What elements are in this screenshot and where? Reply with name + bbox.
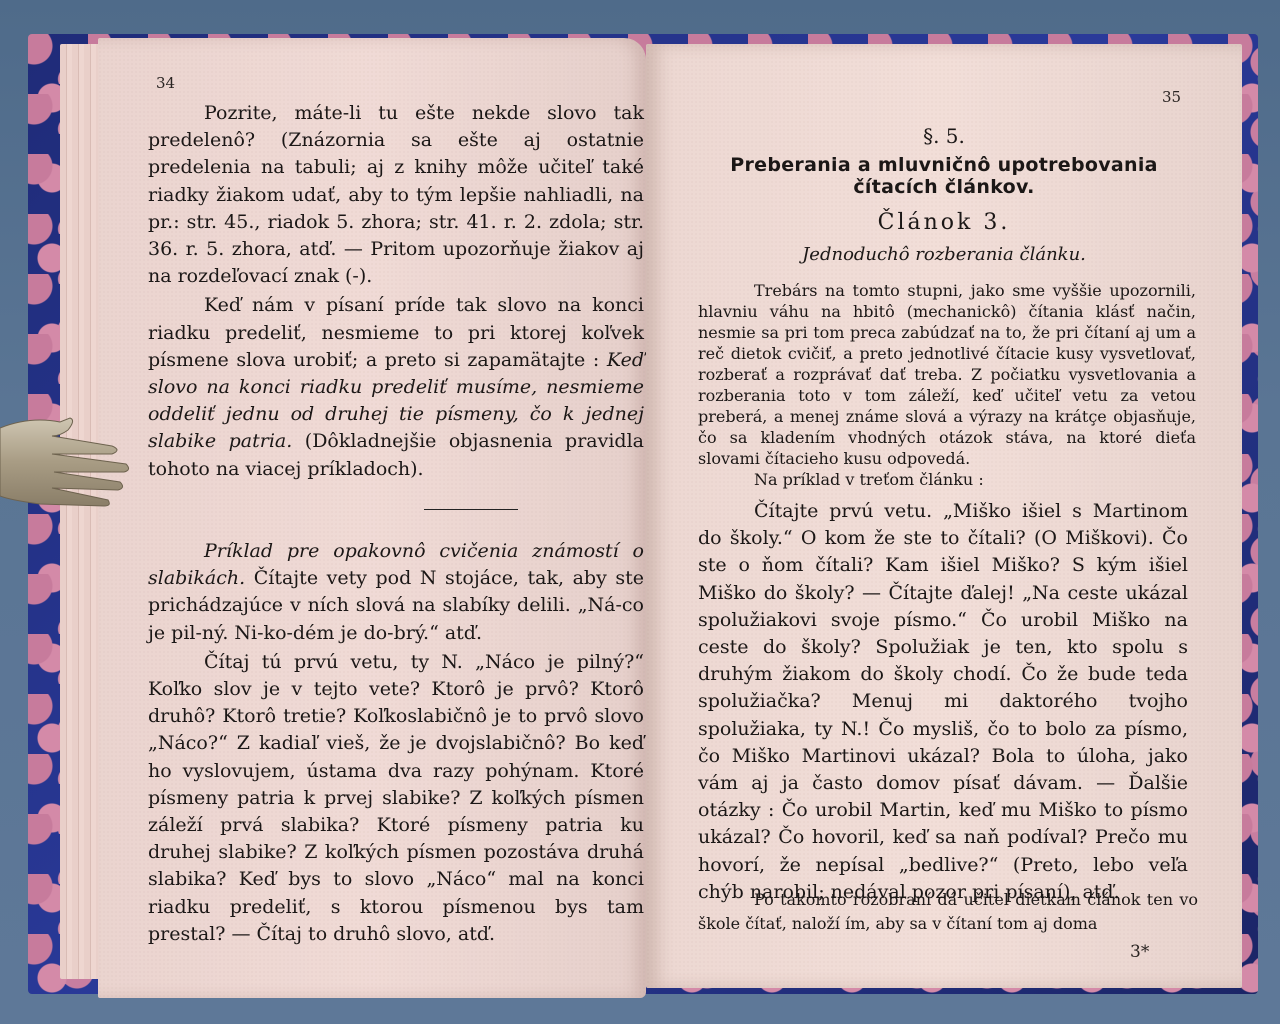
paragraph-hyphenation: Pozrite, máte-li tu ešte nekde slovo tak… <box>148 100 644 290</box>
example-paragraph-block: Čítajte prvú vetu. „Miško išiel s Martin… <box>698 498 1188 906</box>
section-divider <box>424 509 518 510</box>
paragraph-questions: Čítaj tú prvú vetu, ty N. „Náco je pilný… <box>148 649 644 948</box>
hand-bookmark-icon <box>0 408 132 512</box>
intro-paragraph: Trebárs na tomto stupni, jako sme vyššie… <box>698 280 1196 469</box>
article-heading: Článok 3. <box>646 210 1242 235</box>
right-page: 35 §. 5. Preberania a mluvničnô upotrebo… <box>646 44 1242 988</box>
rule-lead-text: Keď nám v písaní príde tak slovo na konc… <box>148 294 644 370</box>
section-title-line2: čítacích článkov. <box>646 176 1242 198</box>
left-page-body: Pozrite, máte-li tu ešte nekde slovo tak… <box>148 100 644 483</box>
left-page-example: Príklad pre opakovnô cvičenia známostí o… <box>148 538 644 948</box>
example-intro: Na príklad v treťom článku : <box>698 469 1196 490</box>
paragraph-example: Príklad pre opakovnô cvičenia známostí o… <box>148 538 644 647</box>
left-page: 34 Pozrite, máte-li tu ešte nekde slovo … <box>98 38 646 998</box>
closing-paragraph: Po takomto rozobraní dá učiteľ dietkam č… <box>698 888 1198 936</box>
article-subtitle: Jednoduchô rozberania článku. <box>646 244 1242 265</box>
paragraph-rule: Keď nám v písaní príde tak slovo na konc… <box>148 292 644 482</box>
example-paragraph: Čítajte prvú vetu. „Miško išiel s Martin… <box>698 498 1188 906</box>
section-title-line1: Preberania a mluvničnô upotrebovania <box>646 154 1242 176</box>
section-mark: §. 5. <box>646 124 1242 148</box>
page-number-left: 34 <box>156 74 175 92</box>
page-number-right: 35 <box>1162 88 1181 106</box>
signature-mark: 3* <box>1130 942 1149 962</box>
intro-paragraph-block: Trebárs na tomto stupni, jako sme vyššie… <box>698 280 1196 490</box>
section-title: Preberania a mluvničnô upotrebovania čít… <box>646 154 1242 198</box>
closing-paragraph-block: Po takomto rozobraní dá učiteľ dietkam č… <box>698 888 1198 936</box>
